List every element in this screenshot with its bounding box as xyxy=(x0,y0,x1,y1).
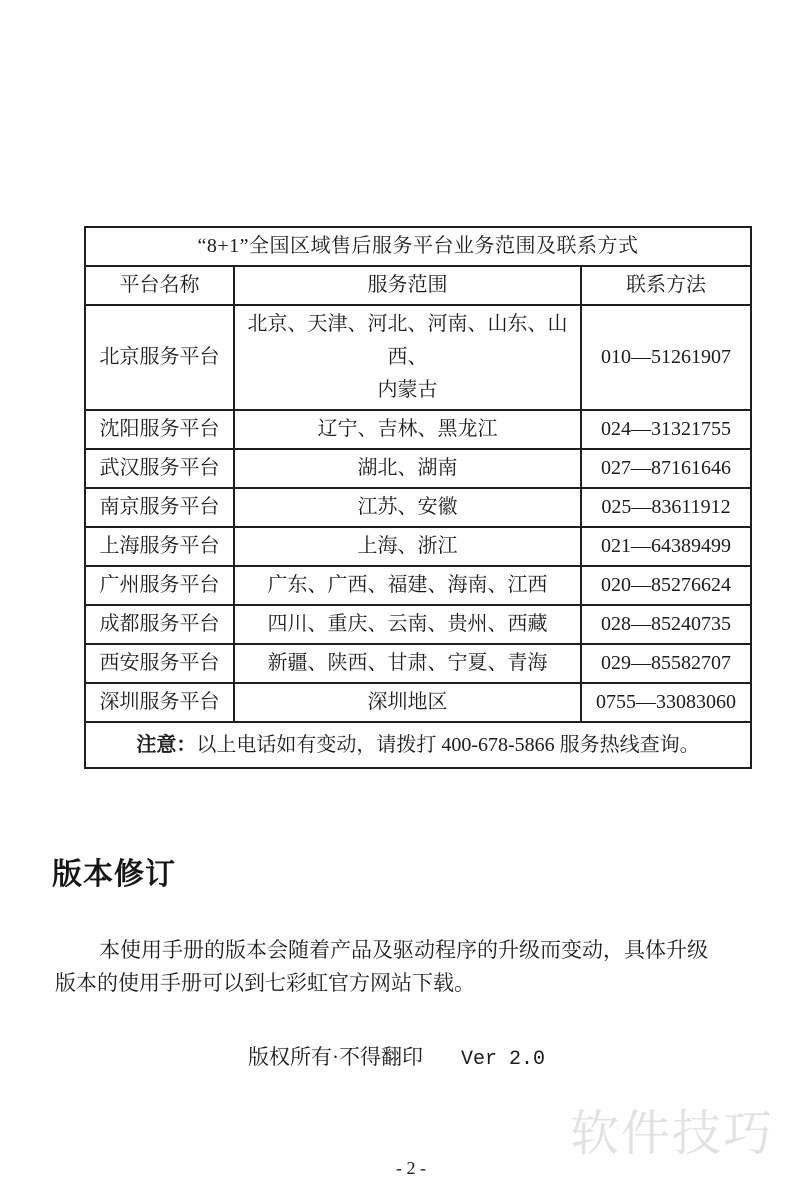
scope-cell: 新疆、陕西、甘肃、宁夏、青海 xyxy=(234,644,581,683)
table-row: 武汉服务平台 湖北、湖南 027—87161646 xyxy=(85,449,751,488)
table-note-row: 注意：以上电话如有变动，请拨打 400-678-5866 服务热线查询。 xyxy=(85,722,751,768)
platform-cell: 南京服务平台 xyxy=(85,488,234,527)
scope-cell: 深圳地区 xyxy=(234,683,581,722)
watermark-text: 软件技巧 xyxy=(570,1108,774,1160)
paragraph-line: 本使用手册的版本会随着产品及驱动程序的升级而变动，具体升级 xyxy=(55,934,755,967)
contact-cell: 0755—33083060 xyxy=(581,683,751,722)
column-header-scope: 服务范围 xyxy=(234,266,581,305)
contact-cell: 021—64389499 xyxy=(581,527,751,566)
table-row: 深圳服务平台 深圳地区 0755—33083060 xyxy=(85,683,751,722)
platform-cell: 西安服务平台 xyxy=(85,644,234,683)
column-header-contact: 联系方法 xyxy=(581,266,751,305)
table-row: 沈阳服务平台 辽宁、吉林、黑龙江 024—31321755 xyxy=(85,410,751,449)
contact-cell: 028—85240735 xyxy=(581,605,751,644)
table-note: 注意：以上电话如有变动，请拨打 400-678-5866 服务热线查询。 xyxy=(85,722,751,768)
copyright-line: 版权所有·不得翻印 Ver 2.0 xyxy=(248,1041,545,1071)
table-row: 上海服务平台 上海、浙江 021—64389499 xyxy=(85,527,751,566)
contact-cell: 025—83611912 xyxy=(581,488,751,527)
table-row: 南京服务平台 江苏、安徽 025—83611912 xyxy=(85,488,751,527)
platform-cell: 成都服务平台 xyxy=(85,605,234,644)
table-body: 北京服务平台 北京、天津、河北、河南、山东、山西、 内蒙古 010—512619… xyxy=(85,305,751,722)
scope-cell: 湖北、湖南 xyxy=(234,449,581,488)
table-title-row: “8+1”全国区域售后服务平台业务范围及联系方式 xyxy=(85,227,751,266)
table-title: “8+1”全国区域售后服务平台业务范围及联系方式 xyxy=(85,227,751,266)
table-header-row: 平台名称 服务范围 联系方法 xyxy=(85,266,751,305)
scope-cell: 广东、广西、福建、海南、江西 xyxy=(234,566,581,605)
service-platform-table: “8+1”全国区域售后服务平台业务范围及联系方式 平台名称 服务范围 联系方法 … xyxy=(84,226,752,769)
scope-cell: 四川、重庆、云南、贵州、西藏 xyxy=(234,605,581,644)
revision-heading: 版本修订 xyxy=(52,849,176,893)
table-row: 西安服务平台 新疆、陕西、甘肃、宁夏、青海 029—85582707 xyxy=(85,644,751,683)
table-row: 广州服务平台 广东、广西、福建、海南、江西 020—85276624 xyxy=(85,566,751,605)
table-row: 成都服务平台 四川、重庆、云南、贵州、西藏 028—85240735 xyxy=(85,605,751,644)
scope-cell: 辽宁、吉林、黑龙江 xyxy=(234,410,581,449)
page-number: - 2 - xyxy=(0,1158,800,1179)
scope-cell: 上海、浙江 xyxy=(234,527,581,566)
note-label: 注意： xyxy=(136,734,196,756)
paragraph-line: 版本的使用手册可以到七彩虹官方网站下载。 xyxy=(55,967,755,1000)
document-page: “8+1”全国区域售后服务平台业务范围及联系方式 平台名称 服务范围 联系方法 … xyxy=(0,0,800,1198)
platform-cell: 沈阳服务平台 xyxy=(85,410,234,449)
contact-cell: 010—51261907 xyxy=(581,305,751,410)
table-row: 北京服务平台 北京、天津、河北、河南、山东、山西、 内蒙古 010—512619… xyxy=(85,305,751,410)
scope-cell: 江苏、安徽 xyxy=(234,488,581,527)
scope-cell: 北京、天津、河北、河南、山东、山西、 内蒙古 xyxy=(234,305,581,410)
note-text: 以上电话如有变动，请拨打 400-678-5866 服务热线查询。 xyxy=(196,734,699,756)
revision-paragraph: 本使用手册的版本会随着产品及驱动程序的升级而变动，具体升级 版本的使用手册可以到… xyxy=(55,934,755,1000)
platform-cell: 广州服务平台 xyxy=(85,566,234,605)
column-header-platform: 平台名称 xyxy=(85,266,234,305)
platform-cell: 北京服务平台 xyxy=(85,305,234,410)
platform-cell: 上海服务平台 xyxy=(85,527,234,566)
contact-cell: 027—87161646 xyxy=(581,449,751,488)
platform-cell: 深圳服务平台 xyxy=(85,683,234,722)
copyright-text: 版权所有·不得翻印 xyxy=(248,1041,423,1071)
contact-cell: 024—31321755 xyxy=(581,410,751,449)
version-text: Ver 2.0 xyxy=(461,1048,545,1071)
platform-cell: 武汉服务平台 xyxy=(85,449,234,488)
contact-cell: 020—85276624 xyxy=(581,566,751,605)
contact-cell: 029—85582707 xyxy=(581,644,751,683)
